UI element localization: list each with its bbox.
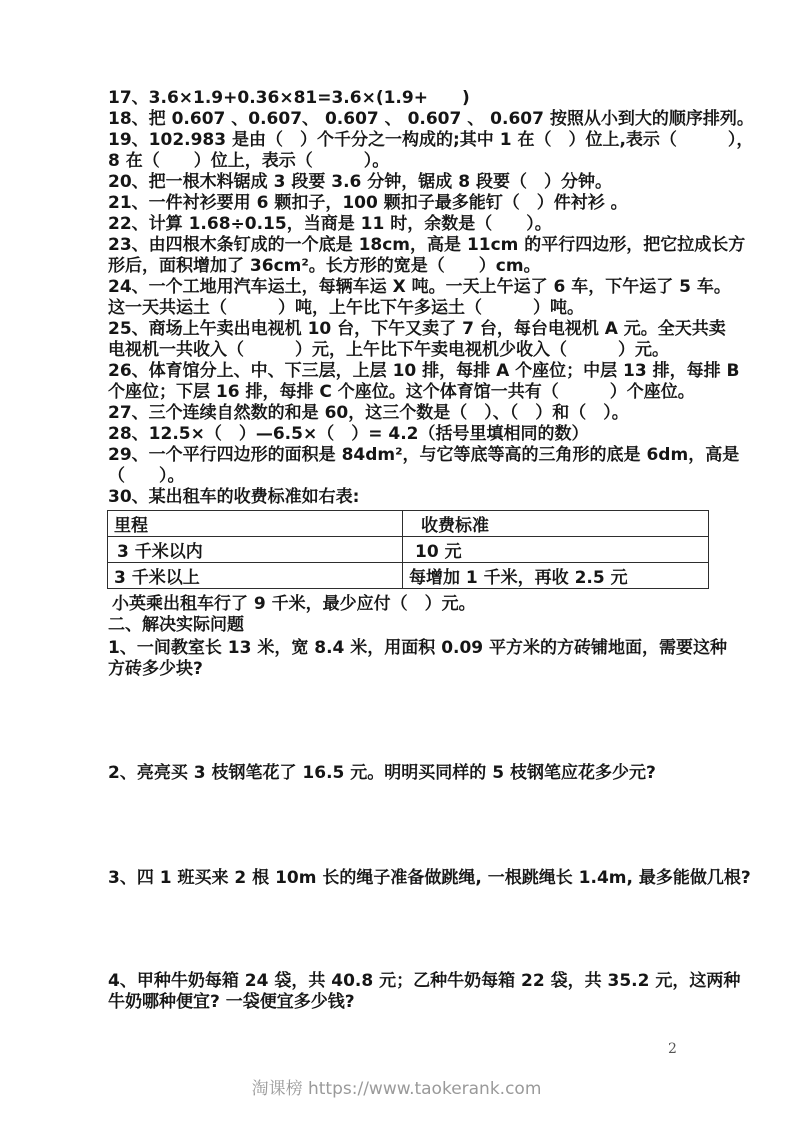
worksheet-body: 17、3.6×1.9+0.36×81=3.6×(1.9+ ) 18、把 0.60…: [108, 88, 694, 1013]
line-q24a: 24、一个工地用汽车运土，每辆车运 X 吨。一天上午运了 6 车，下午运了 5 …: [108, 277, 694, 298]
worksheet-page: 17、3.6×1.9+0.36×81=3.6×(1.9+ ) 18、把 0.60…: [0, 0, 793, 1122]
line-p1a: 1、一间教室长 13 米，宽 8.4 米，用面积 0.09 平方米的方砖铺地面，…: [108, 638, 694, 659]
line-q27: 27、三个连续自然数的和是 60，这三个数是（ ）、（ ）和（ ）。: [108, 403, 694, 424]
header-mileage: 里程: [108, 511, 403, 537]
line-q19b: 8 在（ ）位上，表示（ ）。: [108, 151, 694, 172]
header-fee-standard: 收费标准: [403, 511, 709, 537]
line-q25a: 25、商场上午卖出电视机 10 台，下午又卖了 7 台，每台电视机 A 元。全天…: [108, 319, 694, 340]
cell-extra-fee: 每增加 1 千米，再收 2.5 元: [403, 563, 709, 589]
line-q17: 17、3.6×1.9+0.36×81=3.6×(1.9+ ): [108, 88, 694, 109]
line-q29b: （ ）。: [108, 466, 694, 487]
line-p1b: 方砖多少块?: [108, 659, 694, 680]
line-q21: 21、一件衬衫要用 6 颗扣子，100 颗扣子最多能钉（ ）件衬衫 。: [108, 193, 694, 214]
watermark-text: 淘课榜 https://www.taokerank.com: [0, 1074, 793, 1099]
cell-over-3km: 3 千米以上: [108, 563, 403, 589]
line-p2: 2、亮亮买 3 枝钢笔花了 16.5 元。明明买同样的 5 枝钢笔应花多少元?: [108, 763, 694, 784]
line-q24b: 这一天共运土（ ）吨，上午比下午多运土（ ）吨。: [108, 298, 694, 319]
line-p3: 3、四 1 班买来 2 根 10m 长的绳子准备做跳绳, 一根跳绳长 1.4m,…: [108, 868, 694, 889]
line-q22: 22、计算 1.68÷0.15，当商是 11 时，余数是（ ）。: [108, 214, 694, 235]
line-q18: 18、把 0.607 、0.607、 0.607 、 0.607 、 0.607…: [108, 109, 694, 130]
line-q29a: 29、一个平行四边形的面积是 84dm²，与它等底等高的三角形的底是 6dm，高…: [108, 445, 694, 466]
line-p4b: 牛奶哪种便宜? 一袋便宜多少钱?: [108, 992, 694, 1013]
line-q30-question: 小英乘出租车行了 9 千米，最少应付（ ）元。: [108, 594, 694, 615]
line-q26b: 个座位；下层 16 排，每排 C 个座位。这个体育馆一共有（ ）个座位。: [108, 382, 694, 403]
line-q26a: 26、体育馆分上、中、下三层，上层 10 排，每排 A 个座位；中层 13 排，…: [108, 361, 694, 382]
table-row: 3 千米以内 10 元: [108, 537, 709, 563]
line-q25b: 电视机一共收入（ ）元，上午比下午卖电视机少收入（ ）元。: [108, 340, 694, 361]
page-number: 2: [668, 1041, 677, 1057]
cell-10-yuan: 10 元: [403, 537, 709, 563]
table-header-row: 里程 收费标准: [108, 511, 709, 537]
table-row: 3 千米以上 每增加 1 千米，再收 2.5 元: [108, 563, 709, 589]
line-p4a: 4、甲种牛奶每箱 24 袋，共 40.8 元；乙种牛奶每箱 22 袋，共 35.…: [108, 971, 694, 992]
cell-within-3km: 3 千米以内: [108, 537, 403, 563]
taxi-fare-table: 里程 收费标准 3 千米以内 10 元 3 千米以上 每增加 1 千米，再收 2…: [107, 510, 709, 589]
line-q23b: 形后，面积增加了 36cm²。长方形的宽是（ ）cm。: [108, 256, 694, 277]
line-q19a: 19、102.983 是由（ ）个千分之一构成的;其中 1 在（ ）位上,表示（…: [108, 130, 694, 151]
line-q28: 28、12.5×（ ）—6.5×（ ）= 4.2（括号里填相同的数）: [108, 424, 694, 445]
section2-title: 二、解决实际问题: [108, 615, 694, 636]
line-q23a: 23、由四根木条钉成的一个底是 18cm，高是 11cm 的平行四边形，把它拉成…: [108, 235, 694, 256]
line-q30: 30、某出租车的收费标准如右表:: [108, 487, 694, 508]
line-q20: 20、把一根木料锯成 3 段要 3.6 分钟，锯成 8 段要（ ）分钟。: [108, 172, 694, 193]
